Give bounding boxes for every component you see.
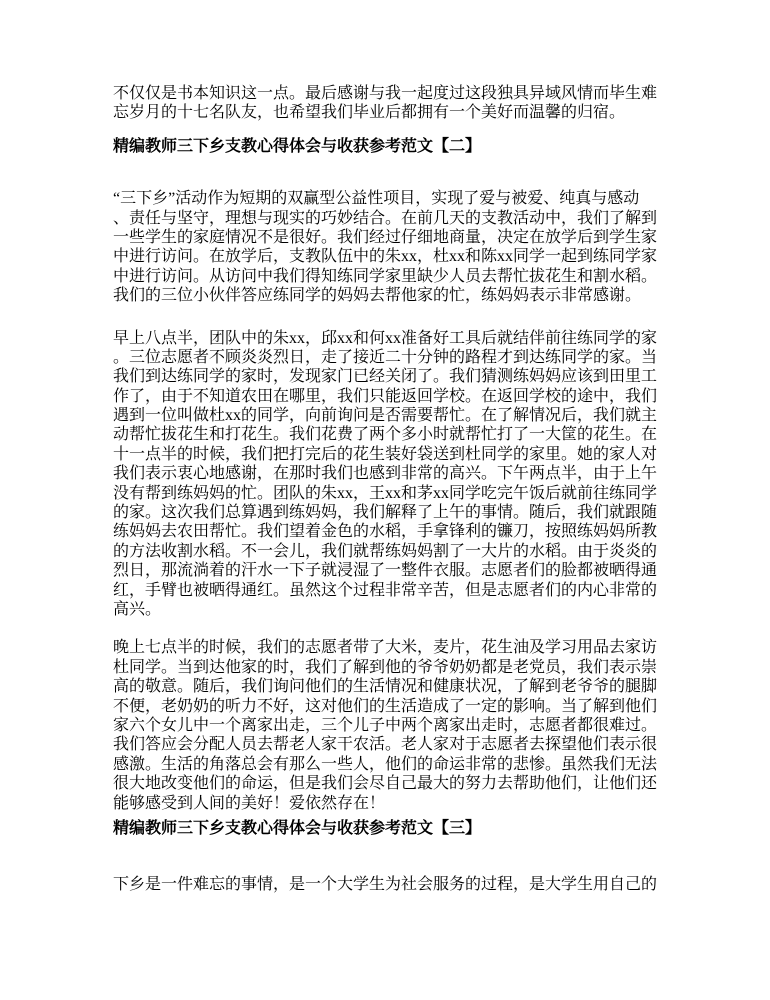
text-line: 我们答应会分配人员去帮老人家干农活。老人家对于志愿者去探望他们表示很 — [113, 735, 713, 754]
text-line: “三下乡”活动作为短期的双赢型公益性项目，实现了爱与被爱、纯真与感动 — [113, 189, 713, 208]
text-line: 我们表示衷心地感谢，在那时我们也感到非常的高兴。下午两点半，由于上午 — [113, 464, 713, 483]
text-line: 晚上七点半的时候，我们的志愿者带了大米，麦片，花生油及学习用品去家访 — [113, 638, 713, 657]
text-line: 我们到达练同学的家时，发现家门已经关闭了。我们猜测练妈妈应该到田里工 — [113, 367, 713, 386]
text-line: 十一点半的时候，我们把打完后的花生装好袋送到杜同学的家里。她的家人对 — [113, 445, 713, 464]
text-line: 遇到一位叫做杜xx的同学，向前询问是否需要帮忙。在了解情况后，我们就主 — [113, 406, 713, 425]
document-content: 不仅仅是书本知识这一点。最后感谢与我一起度过这段独具异域风情而毕生难忘岁月的十七… — [113, 84, 713, 895]
text-line: 我们的三位小伙伴答应练同学的妈妈去帮他家的忙，练妈妈表示非常感谢。 — [113, 286, 713, 305]
text-line: 动帮忙拔花生和打花生。我们花费了两个多小时就帮忙打了一大筐的花生。在 — [113, 425, 713, 444]
text-line: 一些学生的家庭情况不是很好。我们经过仔细地商量，决定在放学后到学生家 — [113, 228, 713, 247]
text-line: 、责任与坚守，理想与现实的巧妙结合。在前几天的支教活动中，我们了解到 — [113, 209, 713, 228]
section-heading: 精编教师三下乡支教心得体会与收获参考范文【二】 — [113, 137, 713, 156]
text-line: 作了，由于不知道农田在哪里，我们只能返回学校。在返回学校的途中，我们 — [113, 387, 713, 406]
paragraph: 下乡是一件难忘的事情，是一个大学生为社会服务的过程，是大学生用自己的 — [113, 875, 713, 894]
text-line: 的方法收割水稻。不一会儿，我们就帮练妈妈割了一大片的水稻。由于炎炎的 — [113, 542, 713, 561]
text-line: 家六个女儿中一个离家出走，三个儿子中两个离家出走时，志愿者都很难过。 — [113, 716, 713, 735]
paragraph: 不仅仅是书本知识这一点。最后感谢与我一起度过这段独具异域风情而毕生难忘岁月的十七… — [113, 84, 713, 123]
text-line: 中进行访问。在放学后，支教队伍中的朱xx，杜xx和陈xx同学一起到练同学家 — [113, 247, 713, 266]
text-line: 感激。生活的角落总会有那么一些人，他们的命运非常的悲惨。虽然我们无法 — [113, 755, 713, 774]
text-line: 高的敬意。随后，我们询问他们的生活情况和健康状况，了解到老爷爷的腿脚 — [113, 677, 713, 696]
text-line: 忘岁月的十七名队友，也希望我们毕业后都拥有一个美好而温馨的归宿。 — [113, 103, 713, 122]
text-line: 早上八点半，团队中的朱xx，邱xx和何xx准备好工具后就结伴前往练同学的家 — [113, 329, 713, 348]
paragraph: “三下乡”活动作为短期的双赢型公益性项目，实现了爱与被爱、纯真与感动、责任与坚守… — [113, 189, 713, 305]
section-heading: 精编教师三下乡支教心得体会与收获参考范文【三】 — [113, 819, 713, 838]
text-line: 很大地改变他们的命运，但是我们会尽自己最大的努力去帮助他们，让他们还 — [113, 774, 713, 793]
text-line: 不便，老奶奶的听力不好，这对他们的生活造成了一定的影响。当了解到他们 — [113, 697, 713, 716]
text-line: 杜同学。当到达他家的时，我们了解到他的爷爷奶奶都是老党员，我们表示崇 — [113, 658, 713, 677]
paragraph: 早上八点半，团队中的朱xx，邱xx和何xx准备好工具后就结伴前往练同学的家。三位… — [113, 329, 713, 620]
text-line: 的家。这次我们总算遇到练妈妈，我们解释了上午的事情。随后，我们就跟随 — [113, 503, 713, 522]
text-line: 下乡是一件难忘的事情，是一个大学生为社会服务的过程，是大学生用自己的 — [113, 875, 713, 894]
document-page: 不仅仅是书本知识这一点。最后感谢与我一起度过这段独具异域风情而毕生难忘岁月的十七… — [0, 0, 770, 1000]
text-line: 烈日，那流淌着的汗水一下子就浸湿了一整件衣服。志愿者们的脸都被晒得通 — [113, 561, 713, 580]
paragraph: 晚上七点半的时候，我们的志愿者带了大米，麦片，花生油及学习用品去家访杜同学。当到… — [113, 638, 713, 813]
text-line: 不仅仅是书本知识这一点。最后感谢与我一起度过这段独具异域风情而毕生难 — [113, 84, 713, 103]
text-line: 高兴。 — [113, 600, 713, 619]
text-line: 中进行访问。从访问中我们得知练同学家里缺少人员去帮忙拔花生和割水稻。 — [113, 267, 713, 286]
text-line: 没有帮到练妈妈的忙。团队的朱xx，王xx和茅xx同学吃完午饭后就前往练同学 — [113, 484, 713, 503]
text-line: 练妈妈去农田帮忙。我们望着金色的水稻，手拿锋利的镰刀，按照练妈妈所教 — [113, 522, 713, 541]
text-line: 红，手臂也被晒得通红。虽然这个过程非常辛苦，但是志愿者们的内心非常的 — [113, 581, 713, 600]
text-line: 能够感受到人间的美好！爱依然存在！ — [113, 794, 713, 813]
text-line: 。三位志愿者不顾炎炎烈日，走了接近二十分钟的路程才到达练同学的家。当 — [113, 348, 713, 367]
